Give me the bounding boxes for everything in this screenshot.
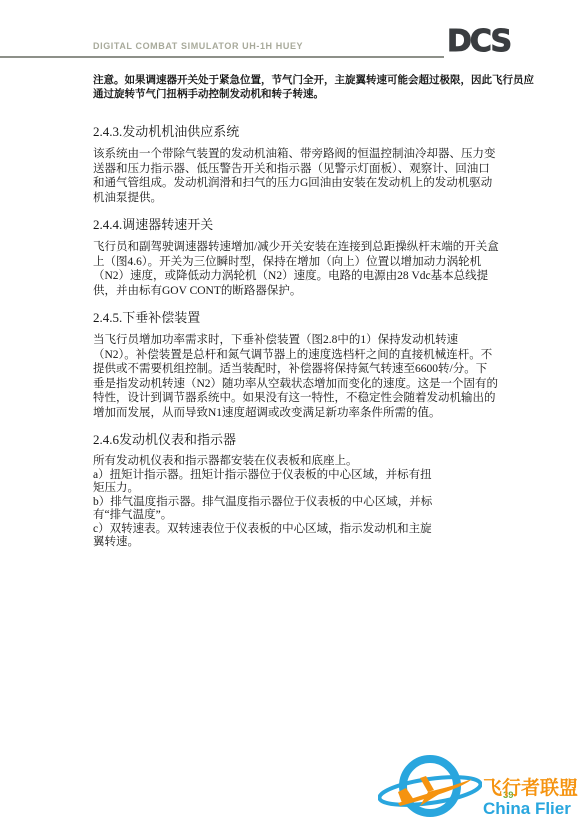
text-line: 矩压力。: [93, 482, 523, 496]
section-2.4.3: 2.4.3.发动机机油供应系统该系统由一个带除气装置的发动机油箱、带旁路阀的恒温…: [93, 124, 523, 205]
note-paragraph: 注意。如果调速器开关处于紧急位置，节气门全开，主旋翼转速可能会超过极限，因此飞行…: [93, 74, 523, 102]
text-line: c）双转速表。双转速表位于仪表板的中心区域，指示发动机和主旋: [93, 523, 523, 537]
text-line: b）排气温度指示器。排气温度指示器位于仪表板的中心区域，并标: [93, 496, 523, 510]
text-line: 当飞行员增加功率需求时，下垂补偿装置（图2.8中的1）保持发动机转速: [93, 333, 523, 348]
header-rule: [0, 56, 444, 58]
dcs-logo-icon: DCS: [447, 24, 523, 56]
page-body: 注意。如果调速器开关处于紧急位置，节气门全开，主旋翼转速可能会超过极限，因此飞行…: [93, 74, 523, 550]
section-2.4.5: 2.4.5.下垂补偿装置当飞行员增加功率需求时，下垂补偿装置（图2.8中的1）保…: [93, 310, 523, 420]
text-line: 供，并由标有GOV CONT的断路器保护。: [93, 284, 523, 299]
china-flier-logo-icon: [378, 746, 482, 832]
text-line: 所有发动机仪表和指示器都安装在仪表板和底座上。: [93, 455, 523, 469]
text-line: 增加而发展，从而导致N1速度超调或改变满足新功率条件所需的值。: [93, 406, 523, 421]
text-line: 上（图4.6）。开关为三位瞬时型，保持在增加（向上）位置以增加动力涡轮机: [93, 255, 523, 270]
note-line: 通过旋转节气门扭柄手动控制发动机和转子转速。: [93, 88, 523, 102]
text-line: 飞行员和副驾驶调速器转速增加/减少开关安装在连接到总距操纵杆末端的开关盒: [93, 240, 523, 255]
dcs-logo-text: DCS: [447, 24, 510, 56]
watermark-en-label: China Flier: [483, 799, 587, 818]
text-line: 该系统由一个带除气装置的发动机油箱、带旁路阀的恒温控制油冷却器、压力变: [93, 147, 523, 162]
text-line: 有“排气温度”。: [93, 509, 523, 523]
manual-page: DIGITAL COMBAT SIMULATOR UH-1H HUEY DCS …: [0, 0, 587, 836]
watermark-cn-label: 飞行者联盟: [483, 778, 587, 799]
text-line: 特性，设计到调节器系统中。如果没有这一特性，不稳定性会随着发动机输出的: [93, 391, 523, 406]
text-line: 机油泵提供。: [93, 191, 523, 206]
section-2.4.6: 2.4.6发动机仪表和指示器所有发动机仪表和指示器都安装在仪表板和底座上。a）扭…: [93, 432, 523, 550]
text-line: 提供或不需要机组控制。适当装配时，补偿器将保持氮气转速至6600转/分。下: [93, 362, 523, 377]
china-flier-watermark: 飞行者联盟 China Flier: [372, 742, 587, 834]
text-line: （N2）速度，或降低动力涡轮机（N2）速度。电路的电源由28 Vdc基本总线提: [93, 269, 523, 284]
section-heading: 2.4.4.调速器转速开关: [93, 217, 523, 233]
section-heading: 2.4.5.下垂补偿装置: [93, 310, 523, 326]
text-line: 送器和压力指示器、低压警告开关和指示器（见警示灯面板）、观察计、回油口: [93, 162, 523, 177]
text-line: 和通气管组成。发动机润滑和扫气的压力G回油由安装在发动机上的发动机驱动: [93, 176, 523, 191]
section-heading: 2.4.3.发动机机油供应系统: [93, 124, 523, 140]
section-heading: 2.4.6发动机仪表和指示器: [93, 432, 523, 448]
text-line: （N2）。补偿装置是总杆和氮气调节器上的速度选档杆之间的直接机械连杆。不: [93, 348, 523, 363]
text-line: 垂是指发动机转速（N2）随功率从空载状态增加而变化的速度。这是一个固有的: [93, 377, 523, 392]
section-2.4.4: 2.4.4.调速器转速开关飞行员和副驾驶调速器转速增加/减少开关安装在连接到总距…: [93, 217, 523, 298]
text-line: 翼转速。: [93, 536, 523, 550]
text-line: a）扭矩计指示器。扭矩计指示器位于仪表板的中心区域，并标有扭: [93, 469, 523, 483]
note-line: 注意。如果调速器开关处于紧急位置，节气门全开，主旋翼转速可能会超过极限，因此飞行…: [93, 74, 523, 88]
manual-title: DIGITAL COMBAT SIMULATOR UH-1H HUEY: [93, 41, 303, 51]
watermark-text: 飞行者联盟 China Flier: [483, 778, 587, 818]
